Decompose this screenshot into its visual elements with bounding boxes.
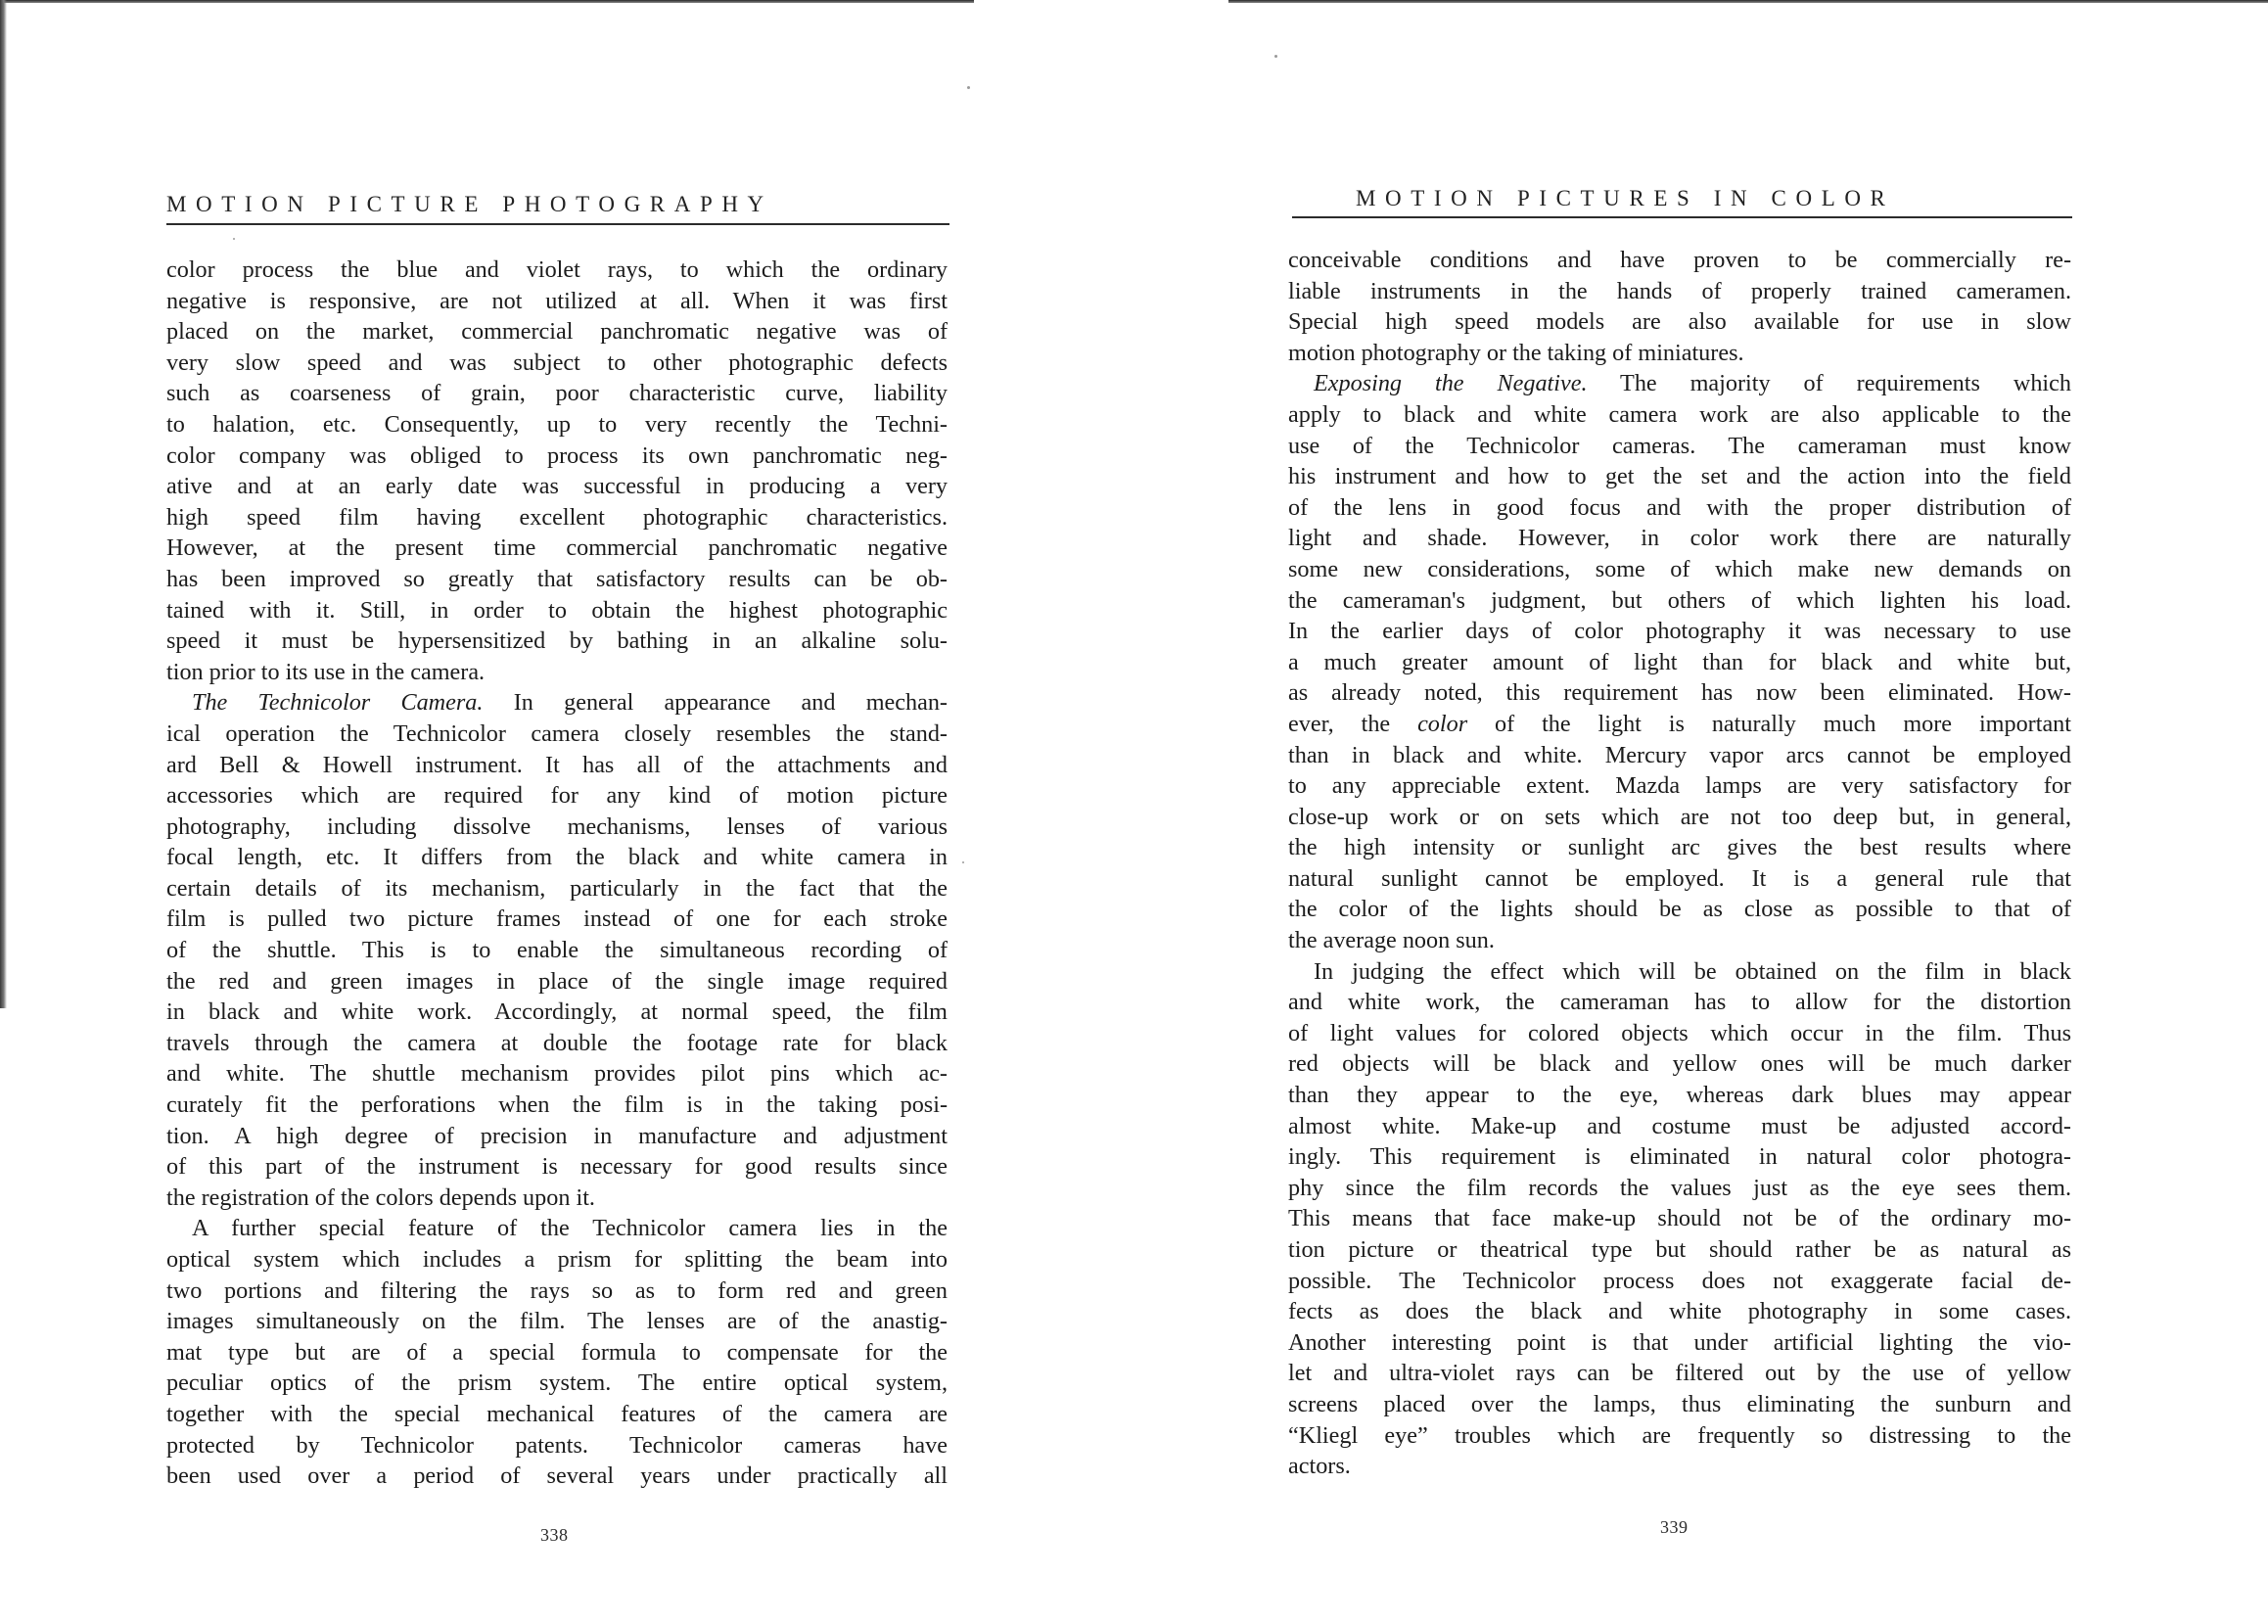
text-line: curately fit the perforations when the f… [166, 1090, 948, 1121]
text-run: such as coarseness of grain, poor charac… [166, 380, 948, 406]
text-line: apply to black and white camera work are… [1288, 399, 2071, 431]
text-line: photography, including dissolve mechanis… [166, 812, 948, 843]
text-line: However, at the present time commercial … [166, 533, 948, 564]
text-line: phy since the film records the values ju… [1288, 1173, 2071, 1204]
text-run: conceivable conditions and have proven t… [1288, 247, 2071, 273]
text-run: Another interesting point is that under … [1288, 1329, 2071, 1356]
text-run: This means that face make-up should not … [1288, 1205, 2071, 1231]
text-line: tion. A high degree of precision in manu… [166, 1121, 948, 1152]
text-run: ever, the [1288, 711, 1417, 737]
text-line: close-up work or on sets which are not t… [1288, 802, 2071, 833]
text-run: negative is responsive, are not utilized… [166, 288, 948, 314]
text-line: the average noon sun. [1288, 925, 2071, 956]
text-run: the high intensity or sunlight arc gives… [1288, 834, 2071, 860]
text-line: almost white. Make-up and costume must b… [1288, 1111, 2071, 1142]
text-run: almost white. Make-up and costume must b… [1288, 1113, 2071, 1139]
text-run: his instrument and how to get the set an… [1288, 463, 2071, 489]
text-run: the average noon sun. [1288, 927, 1495, 953]
page-number-left: 338 [540, 1525, 569, 1546]
text-line: images simultaneously on the film. The l… [166, 1306, 948, 1337]
text-line: color process the blue and violet rays, … [166, 255, 948, 286]
text-line: the color of the lights should be as clo… [1288, 894, 2071, 925]
text-run: of light values for colored objects whic… [1288, 1020, 2071, 1046]
text-line: color company was obliged to process its… [166, 441, 948, 472]
text-line: Exposing the Negative. The majority of r… [1288, 368, 2071, 399]
text-run: use of the Technicolor cameras. The came… [1288, 433, 2071, 459]
text-run: light and shade. However, in color work … [1288, 525, 2071, 551]
text-run: In the earlier days of color photography… [1288, 618, 2071, 644]
text-line: as already noted, this requirement has n… [1288, 677, 2071, 709]
text-line: of this part of the instrument is necess… [166, 1151, 948, 1183]
text-run: ative and at an early date was successfu… [166, 473, 948, 499]
text-line: possible. The Technicolor process does n… [1288, 1266, 2071, 1297]
text-line: some new considerations, some of which m… [1288, 554, 2071, 585]
italic-run: Exposing the Negative. [1314, 370, 1588, 396]
left-page-body: color process the blue and violet rays, … [166, 255, 948, 1492]
text-run: the color of the lights should be as clo… [1288, 896, 2071, 922]
running-head-left: MOTION PICTURE PHOTOGRAPHY [166, 192, 773, 217]
text-line: and white work, the cameraman has to all… [1288, 987, 2071, 1018]
text-line: together with the special mechanical fea… [166, 1399, 948, 1430]
text-line: a much greater amount of light than for … [1288, 647, 2071, 678]
text-line: speed it must be hypersensitized by bath… [166, 626, 948, 657]
text-line: film is pulled two picture frames instea… [166, 904, 948, 935]
text-line: The Technicolor Camera. In general appea… [166, 687, 948, 719]
text-run: as already noted, this requirement has n… [1288, 679, 2071, 706]
text-line: placed on the market, commercial panchro… [166, 316, 948, 348]
text-line: light and shade. However, in color work … [1288, 523, 2071, 554]
text-run: peculiar optics of the prism system. The… [166, 1369, 948, 1396]
text-run: optical system which includes a prism fo… [166, 1246, 948, 1273]
text-run: color process the blue and violet rays, … [166, 256, 948, 283]
text-run: red objects will be black and yellow one… [1288, 1050, 2071, 1077]
text-run: In general appearance and mechan- [483, 689, 948, 716]
text-line: ical operation the Technicolor camera cl… [166, 719, 948, 750]
text-line: natural sunlight cannot be employed. It … [1288, 863, 2071, 895]
right-page-body: conceivable conditions and have proven t… [1288, 245, 2071, 1482]
text-run: curately fit the perforations when the f… [166, 1091, 948, 1118]
text-run: mat type but are of a special formula to… [166, 1339, 948, 1366]
text-line: Special high speed models are also avail… [1288, 306, 2071, 338]
text-line: Another interesting point is that under … [1288, 1327, 2071, 1359]
text-line: tion prior to its use in the camera. [166, 657, 948, 688]
text-run: and white work, the cameraman has to all… [1288, 989, 2071, 1015]
text-run: than in black and white. Mercury vapor a… [1288, 742, 2071, 768]
text-line: to any appreciable extent. Mazda lamps a… [1288, 770, 2071, 802]
text-line: ingly. This requirement is eliminated in… [1288, 1141, 2071, 1173]
text-run: travels through the camera at double the… [166, 1030, 948, 1056]
text-line: ative and at an early date was successfu… [166, 471, 948, 502]
text-run: ingly. This requirement is eliminated in… [1288, 1143, 2071, 1170]
text-run: liable instruments in the hands of prope… [1288, 278, 2071, 304]
text-run: ical operation the Technicolor camera cl… [166, 720, 948, 747]
text-line: than they appear to the eye, whereas dar… [1288, 1080, 2071, 1111]
text-run: film is pulled two picture frames instea… [166, 905, 948, 932]
text-line: A further special feature of the Technic… [166, 1213, 948, 1244]
text-line: than in black and white. Mercury vapor a… [1288, 740, 2071, 771]
text-line: red objects will be black and yellow one… [1288, 1048, 2071, 1080]
text-run: close-up work or on sets which are not t… [1288, 804, 2071, 830]
text-line: certain details of its mechanism, partic… [166, 873, 948, 905]
header-rule-left [166, 223, 949, 225]
text-line: “Kliegl eye” troubles which are frequent… [1288, 1420, 2071, 1452]
left-page: MOTION PICTURE PHOTOGRAPHY color process… [0, 0, 1077, 1624]
text-run: some new considerations, some of which m… [1288, 556, 2071, 582]
text-run: and white. The shuttle mechanism provide… [166, 1060, 948, 1087]
text-run: been used over a period of several years… [166, 1462, 948, 1489]
text-run: of the shuttle. This is to enable the si… [166, 937, 948, 963]
text-line: tained with it. Still, in order to obtai… [166, 595, 948, 626]
text-line: accessories which are required for any k… [166, 780, 948, 812]
text-run: actors. [1288, 1453, 1351, 1479]
text-line: In judging the effect which will be obta… [1288, 956, 2071, 988]
text-line: of the lens in good focus and with the p… [1288, 492, 2071, 524]
text-run: images simultaneously on the film. The l… [166, 1308, 948, 1334]
text-run: placed on the market, commercial panchro… [166, 318, 948, 345]
text-run: the cameraman's judgment, but others of … [1288, 587, 2071, 614]
text-line: high speed film having excellent photogr… [166, 502, 948, 534]
text-line: the cameraman's judgment, but others of … [1288, 585, 2071, 617]
text-line: such as coarseness of grain, poor charac… [166, 378, 948, 409]
text-line: focal length, etc. It differs from the b… [166, 842, 948, 873]
italic-run: The Technicolor Camera. [192, 689, 483, 716]
text-run: certain details of its mechanism, partic… [166, 875, 948, 902]
text-run: in black and white work. Accordingly, at… [166, 998, 948, 1025]
text-line: use of the Technicolor cameras. The came… [1288, 431, 2071, 462]
italic-run: color [1417, 711, 1467, 737]
text-run: color company was obliged to process its… [166, 442, 948, 469]
text-line: optical system which includes a prism fo… [166, 1244, 948, 1276]
text-line: his instrument and how to get the set an… [1288, 461, 2071, 492]
text-run: has been improved so greatly that satisf… [166, 566, 948, 592]
text-line: in black and white work. Accordingly, at… [166, 997, 948, 1028]
text-line: screens placed over the lamps, thus elim… [1288, 1389, 2071, 1420]
text-line: peculiar optics of the prism system. The… [166, 1368, 948, 1399]
text-line: liable instruments in the hands of prope… [1288, 276, 2071, 307]
text-line: to halation, etc. Consequently, up to ve… [166, 409, 948, 441]
text-run: the red and green images in place of the… [166, 968, 948, 995]
text-line: This means that face make-up should not … [1288, 1203, 2071, 1234]
text-run: However, at the present time commercial … [166, 534, 948, 561]
text-run: photography, including dissolve mechanis… [166, 813, 948, 840]
text-run: the registration of the colors depends u… [166, 1184, 595, 1211]
text-run: very slow speed and was subject to other… [166, 349, 948, 376]
text-run: tion prior to its use in the camera. [166, 659, 485, 685]
text-line: actors. [1288, 1451, 2071, 1482]
text-run: to any appreciable extent. Mazda lamps a… [1288, 772, 2071, 799]
text-line: In the earlier days of color photography… [1288, 616, 2071, 647]
text-line: ard Bell & Howell instrument. It has all… [166, 750, 948, 781]
text-run: tion. A high degree of precision in manu… [166, 1123, 948, 1149]
text-line: negative is responsive, are not utilized… [166, 286, 948, 317]
page-number-right: 339 [1660, 1517, 1689, 1538]
text-run: to halation, etc. Consequently, up to ve… [166, 411, 948, 438]
text-run: phy since the film records the values ju… [1288, 1175, 2071, 1201]
text-line: protected by Technicolor patents. Techni… [166, 1430, 948, 1462]
text-run: focal length, etc. It differs from the b… [166, 844, 948, 870]
text-run: of the lens in good focus and with the p… [1288, 494, 2071, 521]
running-head-right: MOTION PICTURES IN COLOR [1356, 186, 1895, 211]
text-run: screens placed over the lamps, thus elim… [1288, 1391, 2071, 1417]
text-line: the high intensity or sunlight arc gives… [1288, 832, 2071, 863]
text-run: In judging the effect which will be obta… [1314, 958, 2071, 985]
text-line: been used over a period of several years… [166, 1461, 948, 1492]
text-run: ard Bell & Howell instrument. It has all… [166, 752, 948, 778]
text-line: tion picture or theatrical type but shou… [1288, 1234, 2071, 1266]
right-page: MOTION PICTURES IN COLOR conceivable con… [1135, 0, 2268, 1624]
text-line: very slow speed and was subject to other… [166, 348, 948, 379]
text-line: two portions and filtering the rays so a… [166, 1276, 948, 1307]
text-line: of light values for colored objects whic… [1288, 1018, 2071, 1049]
text-line: the registration of the colors depends u… [166, 1183, 948, 1214]
text-run: motion photography or the taking of mini… [1288, 340, 1744, 366]
text-run: possible. The Technicolor process does n… [1288, 1268, 2071, 1294]
text-run: fects as does the black and white photog… [1288, 1298, 2071, 1324]
text-line: ever, the color of the light is naturall… [1288, 709, 2071, 740]
text-run: together with the special mechanical fea… [166, 1401, 948, 1427]
text-run: a much greater amount of light than for … [1288, 649, 2071, 675]
text-run: The majority of requirements which [1588, 370, 2071, 396]
text-run: of this part of the instrument is necess… [166, 1153, 948, 1180]
text-run: of the light is naturally much more impo… [1467, 711, 2071, 737]
text-line: has been improved so greatly that satisf… [166, 564, 948, 595]
text-run: two portions and filtering the rays so a… [166, 1277, 948, 1304]
text-run: tained with it. Still, in order to obtai… [166, 597, 948, 624]
text-line: mat type but are of a special formula to… [166, 1337, 948, 1369]
text-run: “Kliegl eye” troubles which are frequent… [1288, 1422, 2071, 1449]
text-line: fects as does the black and white photog… [1288, 1296, 2071, 1327]
text-line: of the shuttle. This is to enable the si… [166, 935, 948, 966]
text-line: the red and green images in place of the… [166, 966, 948, 998]
text-line: travels through the camera at double the… [166, 1028, 948, 1059]
text-run: speed it must be hypersensitized by bath… [166, 627, 948, 654]
text-run: apply to black and white camera work are… [1288, 401, 2071, 428]
text-run: high speed film having excellent photogr… [166, 504, 948, 531]
text-line: conceivable conditions and have proven t… [1288, 245, 2071, 276]
text-line: and white. The shuttle mechanism provide… [166, 1058, 948, 1090]
text-line: let and ultra-violet rays can be filtere… [1288, 1358, 2071, 1389]
text-run: let and ultra-violet rays can be filtere… [1288, 1360, 2071, 1386]
text-line: motion photography or the taking of mini… [1288, 338, 2071, 369]
text-run: A further special feature of the Technic… [192, 1215, 948, 1241]
text-run: Special high speed models are also avail… [1288, 308, 2071, 335]
text-run: than they appear to the eye, whereas dar… [1288, 1082, 2071, 1108]
header-rule-right [1292, 216, 2072, 218]
text-run: protected by Technicolor patents. Techni… [166, 1432, 948, 1459]
text-run: tion picture or theatrical type but shou… [1288, 1236, 2071, 1263]
text-run: accessories which are required for any k… [166, 782, 948, 809]
text-run: natural sunlight cannot be employed. It … [1288, 865, 2071, 892]
